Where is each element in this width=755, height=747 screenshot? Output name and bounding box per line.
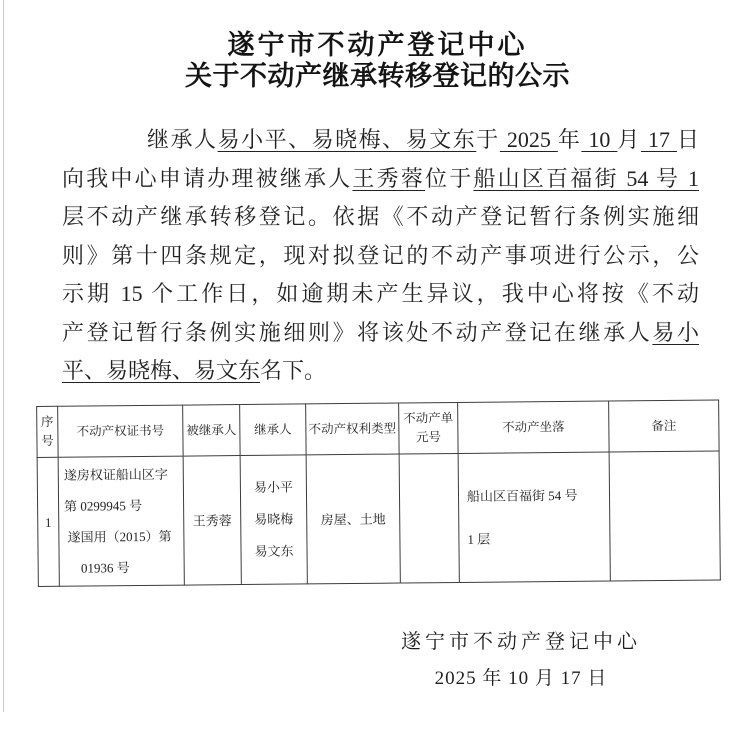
- footer-date: 2025 年 10 月 17 日: [360, 666, 682, 692]
- header-seq-no: 序号: [37, 406, 58, 457]
- header-cert-no: 不动产权证书号: [58, 405, 183, 457]
- header-remark: 备注: [609, 400, 719, 452]
- notice-title-line1: 遂宁市不动产登记中心: [0, 30, 755, 61]
- paragraph-text: 不动产继承转移登记。依据《不动产登记暂行条例实施细: [87, 204, 699, 229]
- paragraph-line: 平、易晓梅、易文东名下。: [62, 352, 699, 391]
- underlined-text: 易小平、易晓梅、易文东: [218, 127, 477, 152]
- paragraph-line: 示期 15 个工作日，如逾期未产生异议，我中心将按《不动: [62, 275, 699, 314]
- header-unit-no: 不动产单元号: [399, 402, 458, 454]
- cell-remark: [609, 451, 720, 581]
- table-header-row: 序号 不动产权证书号 被继承人 继承人 不动产权利类型 不动产单元号 不动产坐落…: [37, 400, 719, 458]
- paragraph-line: 产登记暂行条例实施细则》将该处不动产登记在继承人易小: [62, 314, 699, 353]
- header-location: 不动产坐落: [458, 401, 609, 453]
- table-row: 1 遂房权证船山区字 第 0299945 号 遂国用（2015）第 01936 …: [37, 451, 720, 587]
- paragraph-line: 则》第十四条规定，现对拟登记的不动产事项进行公示，公: [62, 237, 699, 276]
- paragraph-text: 示期 15 个工作日，如逾期未产生异议，我中心将按《不动: [62, 281, 699, 306]
- registration-table: 序号 不动产权证书号 被继承人 继承人 不动产权利类型 不动产单元号 不动产坐落…: [36, 399, 721, 587]
- underlined-text: 平、易晓梅、易文东: [62, 358, 260, 383]
- cell-heirs: 易小平 易晓梅 易文东: [240, 455, 307, 585]
- paragraph-line: 向我中心申请办理被继承人王秀蓉位于船山区百福街 54 号 1: [62, 160, 699, 199]
- underlined-text: 17: [641, 127, 677, 152]
- paragraph-text: 位于: [425, 166, 473, 191]
- cell-right-type: 房屋、土地: [306, 454, 400, 584]
- paragraph-text: 则》第十四条规定，现对拟登记的不动产事项进行公示，公: [62, 243, 699, 268]
- paragraph-text: 名下。: [260, 358, 326, 383]
- paragraph-text: 向我中心申请办理被继承人: [62, 166, 352, 191]
- paragraph-text: 月: [617, 127, 641, 152]
- cell-decedent: 王秀蓉: [183, 456, 241, 586]
- paragraph-text: 日: [677, 127, 699, 152]
- paragraph-text: 层: [62, 204, 87, 229]
- scan-edge-artifact: [3, 0, 4, 712]
- underlined-text: 船山区百福街 54 号 1: [473, 166, 699, 191]
- paragraph-text: 继承人: [147, 127, 218, 152]
- cell-cert-no: 遂房权证船山区字 第 0299945 号 遂国用（2015）第 01936 号: [58, 456, 184, 586]
- underlined-text: 易小: [652, 320, 699, 345]
- underlined-text: 10: [581, 127, 617, 152]
- notice-paragraph: 继承人易小平、易晓梅、易文东于 2025 年 10 月 17 日向我中心申请办理…: [62, 121, 699, 391]
- header-heir: 继承人: [240, 404, 306, 456]
- notice-title: 遂宁市不动产登记中心 关于不动产继承转移登记的公示: [0, 30, 755, 92]
- notice-footer: 遂宁市不动产登记中心 2025 年 10 月 17 日: [360, 628, 682, 692]
- paragraph-text: 年: [558, 127, 582, 152]
- document-page: { "title": { "line1": "遂宁市不动产登记中心", "lin…: [0, 0, 755, 747]
- underlined-text: 2025: [500, 127, 558, 152]
- cell-location: 船山区百福街 54 号 1 层: [458, 452, 610, 582]
- cell-unit-no: [399, 453, 459, 583]
- paragraph-line: 层不动产继承转移登记。依据《不动产登记暂行条例实施细: [62, 198, 699, 237]
- paragraph-text: 于: [476, 127, 500, 152]
- footer-issuer: 遂宁市不动产登记中心: [360, 628, 682, 656]
- cell-seq-no: 1: [37, 457, 59, 586]
- paragraph-line: 继承人易小平、易晓梅、易文东于 2025 年 10 月 17 日: [62, 121, 699, 160]
- notice-title-line2: 关于不动产继承转移登记的公示: [0, 61, 755, 92]
- header-right-type: 不动产权利类型: [306, 403, 399, 455]
- header-decedent: 被继承人: [183, 405, 240, 457]
- paragraph-text: 产登记暂行条例实施细则》将该处不动产登记在继承人: [62, 320, 652, 345]
- registration-table-wrapper: 序号 不动产权证书号 被继承人 继承人 不动产权利类型 不动产单元号 不动产坐落…: [36, 399, 720, 587]
- underlined-text: 王秀蓉: [352, 166, 425, 191]
